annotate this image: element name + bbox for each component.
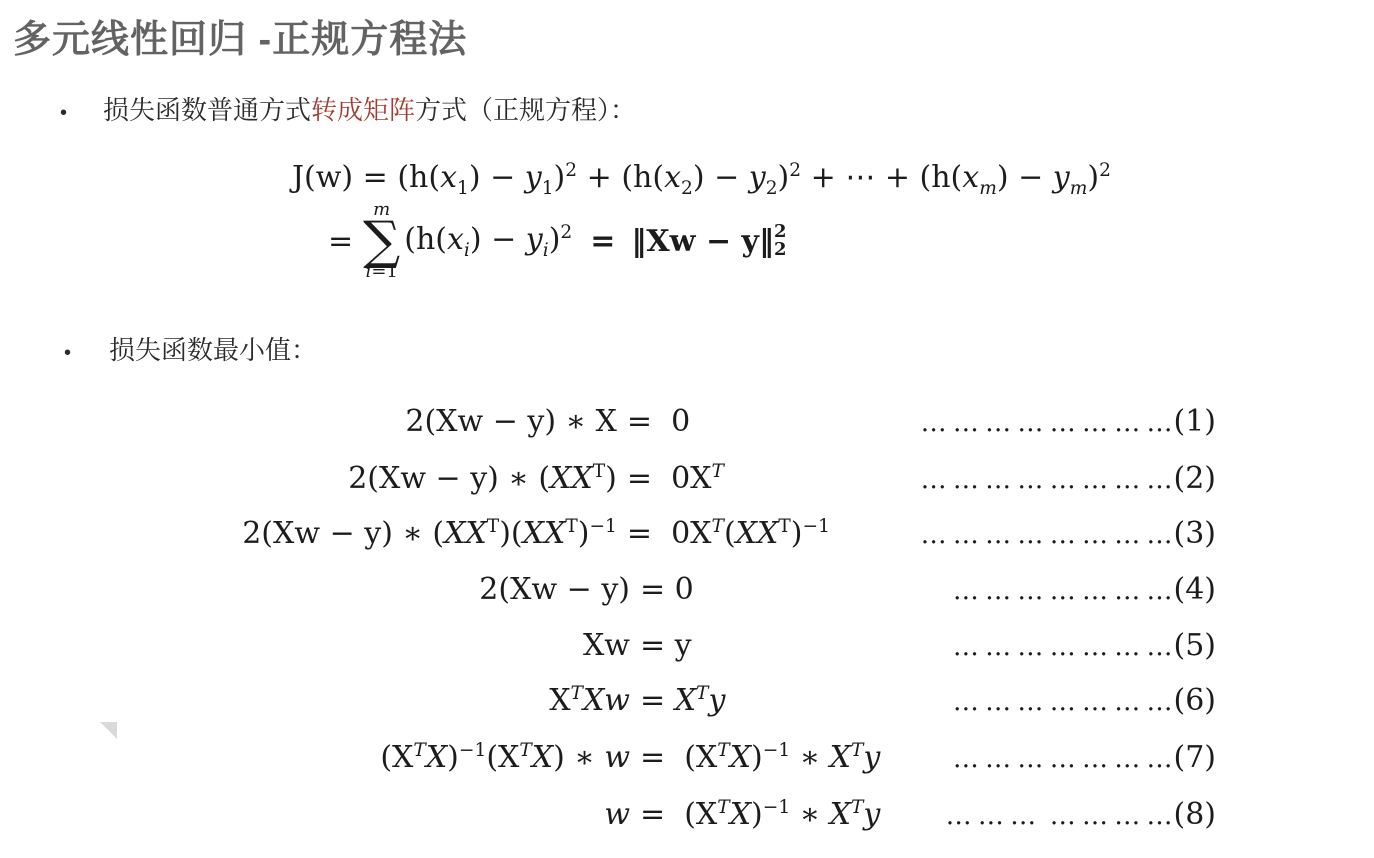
- equation-3-lhs: 2(Xw − y) ∗ (XXT)(XXT)−1: [0, 516, 617, 551]
- equation-7-rhs: = (XTX)−1 ∗ XTy: [630, 740, 940, 775]
- equation-6-rhs: = XTy: [630, 683, 940, 718]
- bullet1-highlight: 转成矩阵: [311, 95, 415, 125]
- bullet-loss-minimum-text: 损失函数最小值：: [109, 330, 317, 367]
- equation-8-tail: … … … … … … …(8): [940, 797, 1374, 832]
- equation-row-8: w = (XTX)−1 ∗ XTy … … … … … … …(8): [0, 797, 1374, 841]
- equation-5-rhs: = y: [630, 628, 940, 663]
- sum-lower-limit: i=1: [366, 263, 398, 281]
- equation-1-tail: … … … … … … … …(1): [921, 404, 1374, 439]
- equation-row-6: XTXw = XTy … … … … … … …(6): [0, 683, 1374, 727]
- equals-sign: =: [328, 224, 353, 259]
- dot-leader: … … … … … … … …: [921, 465, 1172, 495]
- bullet-icon: •: [60, 102, 67, 125]
- equation-7-tail: … … … … … … …(7): [940, 740, 1374, 775]
- equation-row-2: 2(Xw − y) ∗ (XXT) = 0XT … … … … … … … …(…: [0, 461, 1374, 505]
- norm-subscript: 2: [774, 241, 787, 259]
- equation-7-lhs: (XTX)−1(XTX) ∗ w: [0, 740, 630, 775]
- equation-2-tail: … … … … … … … …(2): [921, 461, 1374, 496]
- equation-row-1: 2(Xw − y) ∗ X = 0 … … … … … … … …(1): [0, 404, 1374, 448]
- equation-number: (7): [1174, 740, 1217, 775]
- equals-sign-bold: =: [590, 224, 615, 259]
- equation-3-tail: … … … … … … … …(3): [921, 516, 1374, 551]
- dot-leader: … … … … … … …: [953, 744, 1172, 774]
- dot-leader: … … … … … … …: [953, 632, 1172, 662]
- equation-row-5: Xw = y … … … … … … …(5): [0, 628, 1374, 672]
- equation-row-3: 2(Xw − y) ∗ (XXT)(XXT)−1 = 0XT(XXT)−1 … …: [0, 516, 1374, 560]
- equation-4-tail: … … … … … … …(4): [940, 572, 1374, 607]
- equation-4-lhs: 2(Xw − y): [0, 572, 630, 607]
- equation-3-rhs: = 0XT(XXT)−1: [617, 516, 921, 551]
- norm-scripts: 2 2: [774, 223, 787, 259]
- norm-expression: ‖Xw − y‖: [631, 224, 774, 259]
- loss-formula-line2: = m ∑ i=1 (h(xi) − yi)2 = ‖Xw − y‖ 2 2: [328, 194, 787, 288]
- equation-number: (1): [1174, 404, 1217, 439]
- dot-leader: … … … … … … …: [953, 687, 1172, 717]
- equation-number: (5): [1174, 628, 1217, 663]
- dot-leader: … … … … … … … …: [921, 520, 1172, 550]
- equation-6-tail: … … … … … … …(6): [940, 683, 1374, 718]
- equation-2-rhs: = 0XT: [617, 461, 921, 496]
- equation-number: (3): [1174, 516, 1217, 551]
- equation-number: (2): [1174, 461, 1217, 496]
- bullet-icon: •: [64, 342, 71, 365]
- equation-6-lhs: XTXw: [0, 683, 630, 718]
- equation-4-rhs: = 0: [630, 572, 940, 607]
- equation-number: (6): [1174, 683, 1217, 718]
- sum-body: (h(xi) − yi)2: [404, 222, 572, 261]
- summation-symbol: m ∑ i=1: [363, 201, 400, 281]
- page-title: 多元线性回归 -正规方程法: [13, 8, 467, 63]
- equation-8-lhs: w: [0, 797, 630, 832]
- pointer-triangle-icon: [100, 722, 117, 739]
- equation-number: (8): [1174, 797, 1217, 832]
- equation-number: (4): [1174, 572, 1217, 607]
- equation-5-tail: … … … … … … …(5): [940, 628, 1374, 663]
- bullet-loss-to-matrix-text: 损失函数普通方式转成矩阵方式（正规方程）：: [103, 90, 636, 127]
- equation-8-rhs: = (XTX)−1 ∗ XTy: [630, 797, 940, 832]
- bullet-loss-minimum: • 损失函数最小值：: [64, 330, 317, 367]
- equation-1-rhs: = 0: [617, 404, 921, 439]
- equation-2-lhs: 2(Xw − y) ∗ (XXT): [0, 461, 617, 496]
- slide: 多元线性回归 -正规方程法 • 损失函数普通方式转成矩阵方式（正规方程）： J(…: [0, 0, 1374, 858]
- bullet-loss-to-matrix: • 损失函数普通方式转成矩阵方式（正规方程）：: [60, 90, 636, 127]
- dot-leader: … … … … … … … …: [921, 408, 1172, 438]
- equation-1-lhs: 2(Xw − y) ∗ X: [0, 404, 617, 439]
- sigma-icon: ∑: [363, 219, 400, 263]
- equation-row-4: 2(Xw − y) = 0 … … … … … … …(4): [0, 572, 1374, 616]
- equation-5-lhs: Xw: [0, 628, 630, 663]
- dot-leader: … … … … … … …: [953, 576, 1172, 606]
- equation-row-7: (XTX)−1(XTX) ∗ w = (XTX)−1 ∗ XTy … … … ……: [0, 740, 1374, 784]
- bullet1-pre: 损失函数普通方式: [103, 95, 311, 125]
- dot-leader: … … … … … … …: [946, 801, 1172, 831]
- bullet1-post: 方式（正规方程）：: [415, 95, 636, 125]
